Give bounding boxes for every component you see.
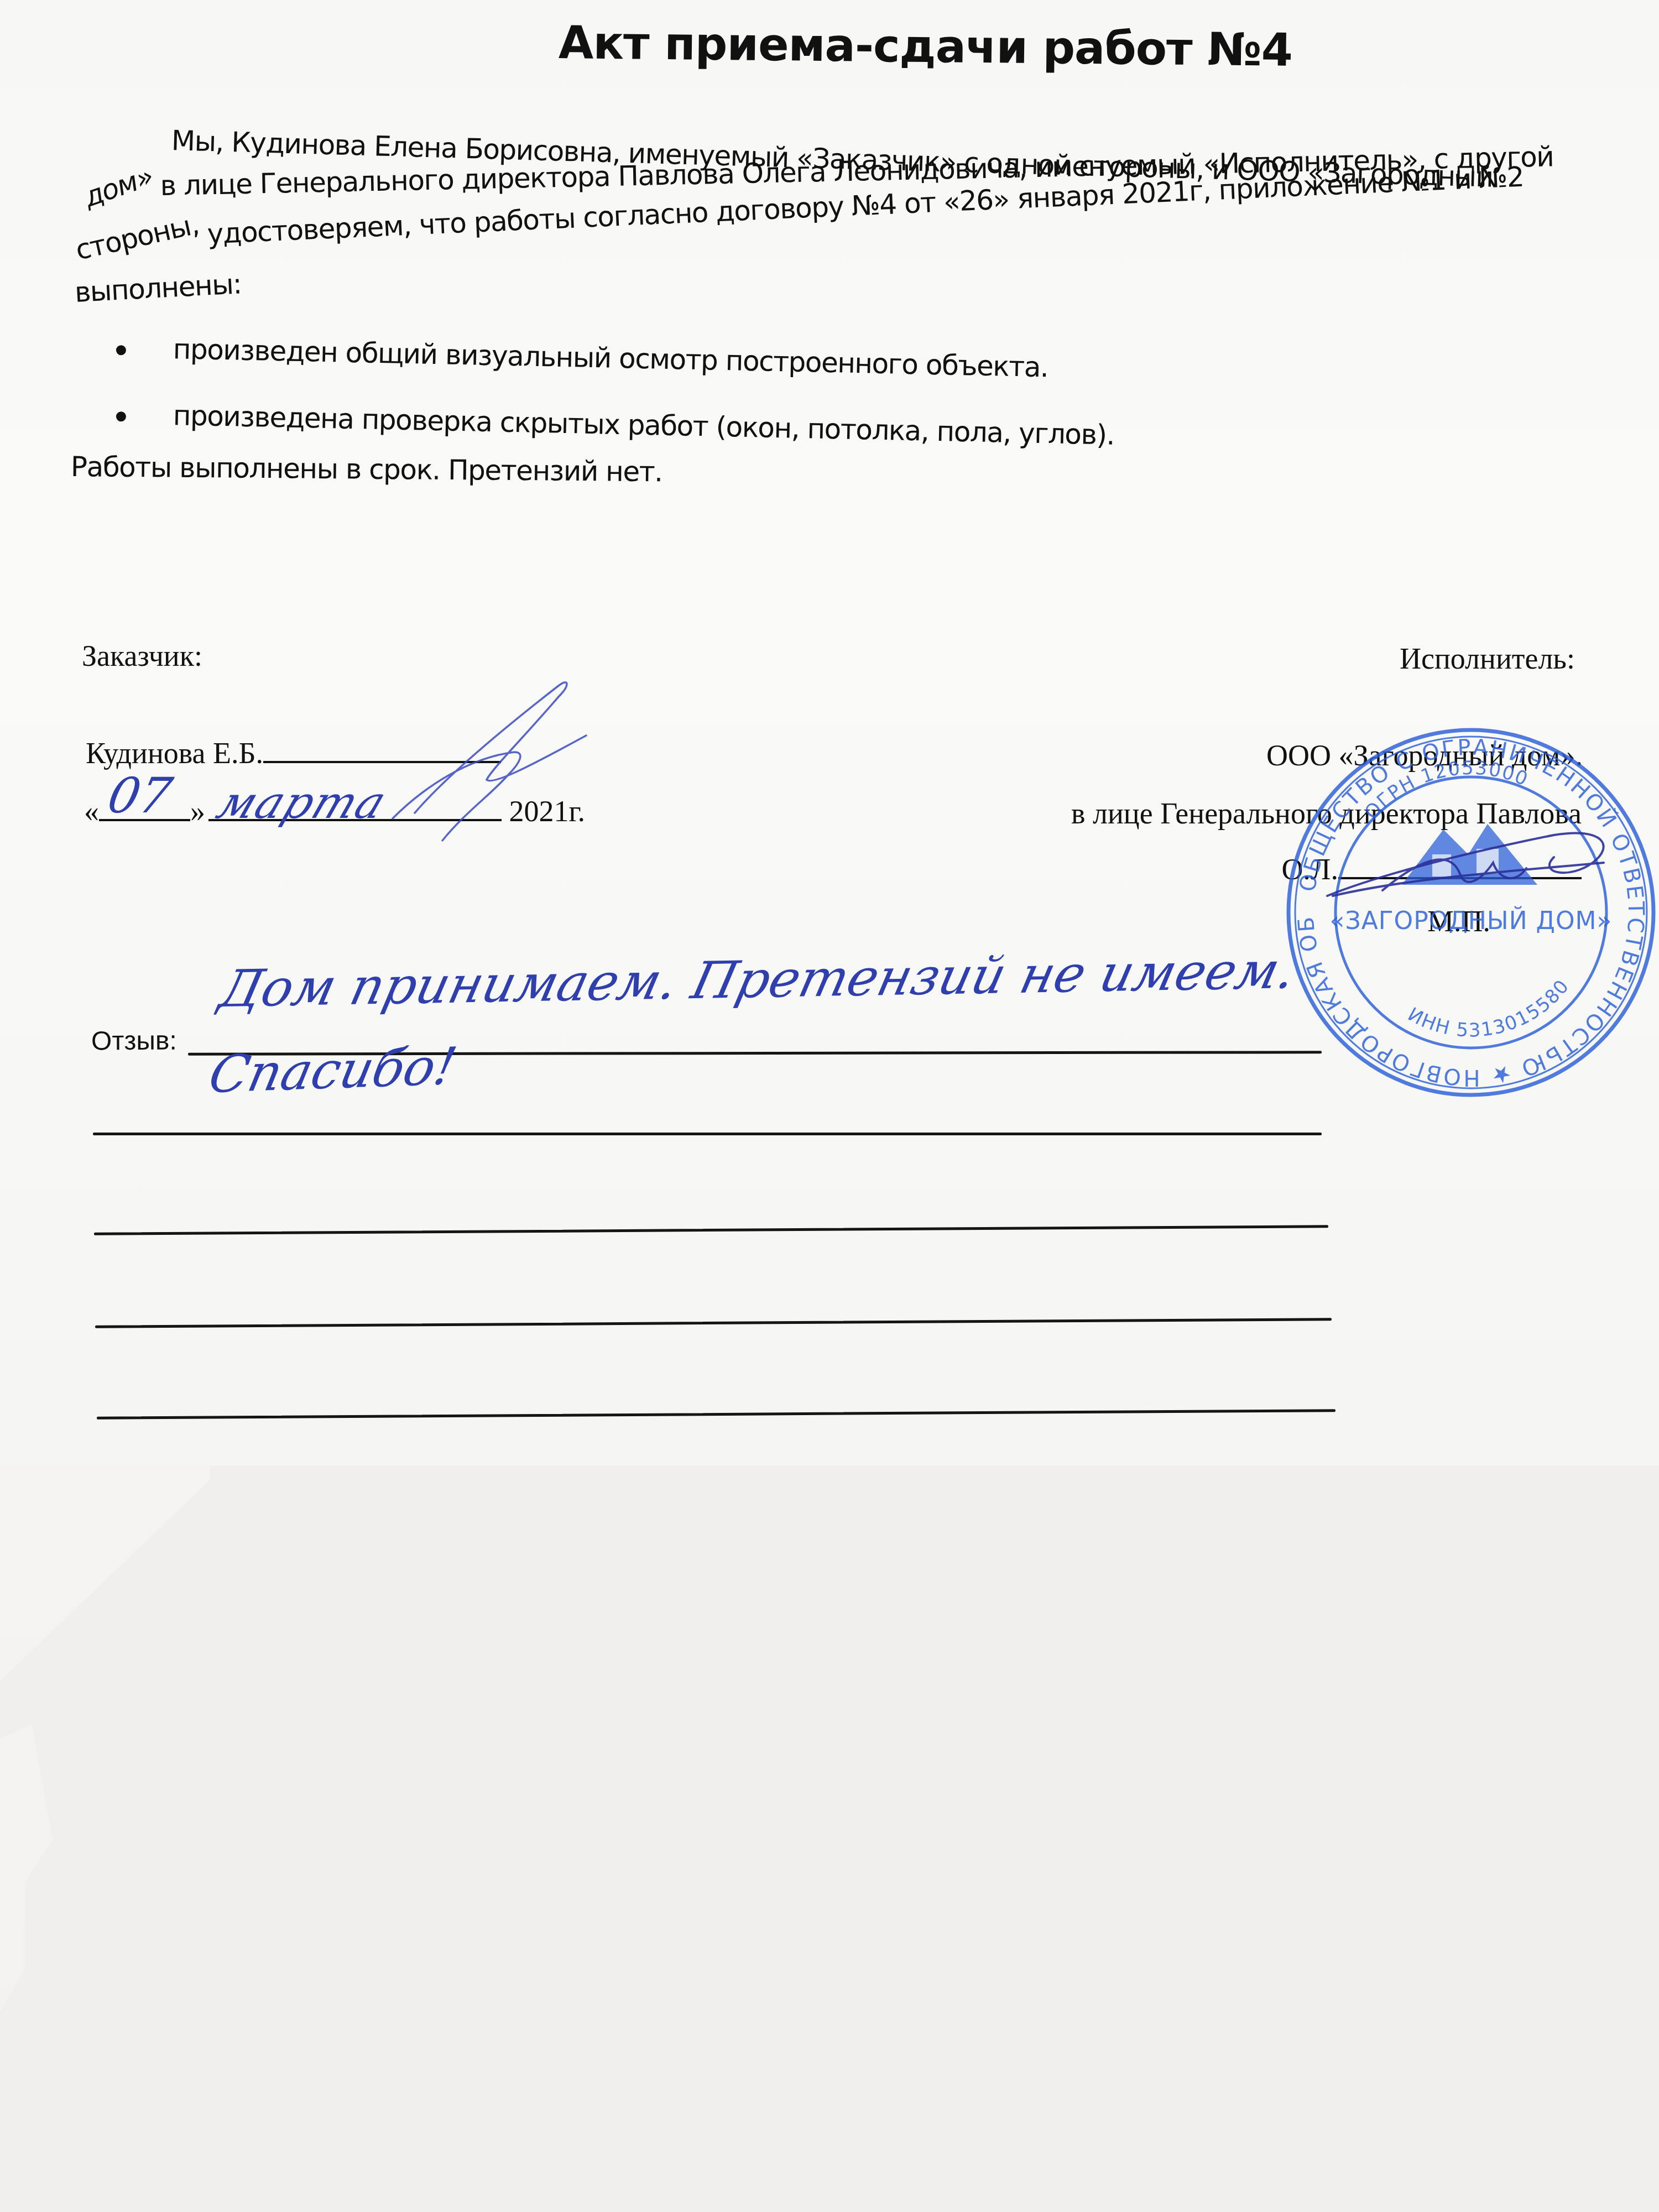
- review-line-2[interactable]: [93, 1133, 1322, 1135]
- date-open-quote: «: [84, 795, 99, 828]
- conclusion-text: Работы выполнены в срок. Претензий нет.: [71, 451, 662, 488]
- document-title: Акт приема-сдачи работ №4: [559, 17, 1293, 77]
- bullet-icon: [116, 345, 126, 355]
- paper-edge: [0, 1465, 210, 2184]
- date-day-field[interactable]: 07: [99, 794, 190, 821]
- executor-label: Исполнитель:: [1400, 641, 1575, 676]
- date-close-quote: »: [190, 795, 205, 828]
- executor-signature-icon: [1316, 813, 1626, 918]
- date-month-handwritten: марта: [210, 777, 394, 828]
- bullet-icon: [116, 411, 126, 421]
- date-day-handwritten: 07: [103, 767, 177, 824]
- customer-signature-icon: [382, 675, 592, 852]
- customer-label: Заказчик:: [82, 639, 202, 673]
- review-handwritten-line-2: Спасибо!: [204, 1036, 462, 1104]
- svg-text:ИНН 5313015580: ИНН 5313015580: [1404, 975, 1574, 1042]
- customer-name: Кудинова Е.Б.: [86, 737, 263, 770]
- review-label: Отзыв:: [91, 1026, 177, 1057]
